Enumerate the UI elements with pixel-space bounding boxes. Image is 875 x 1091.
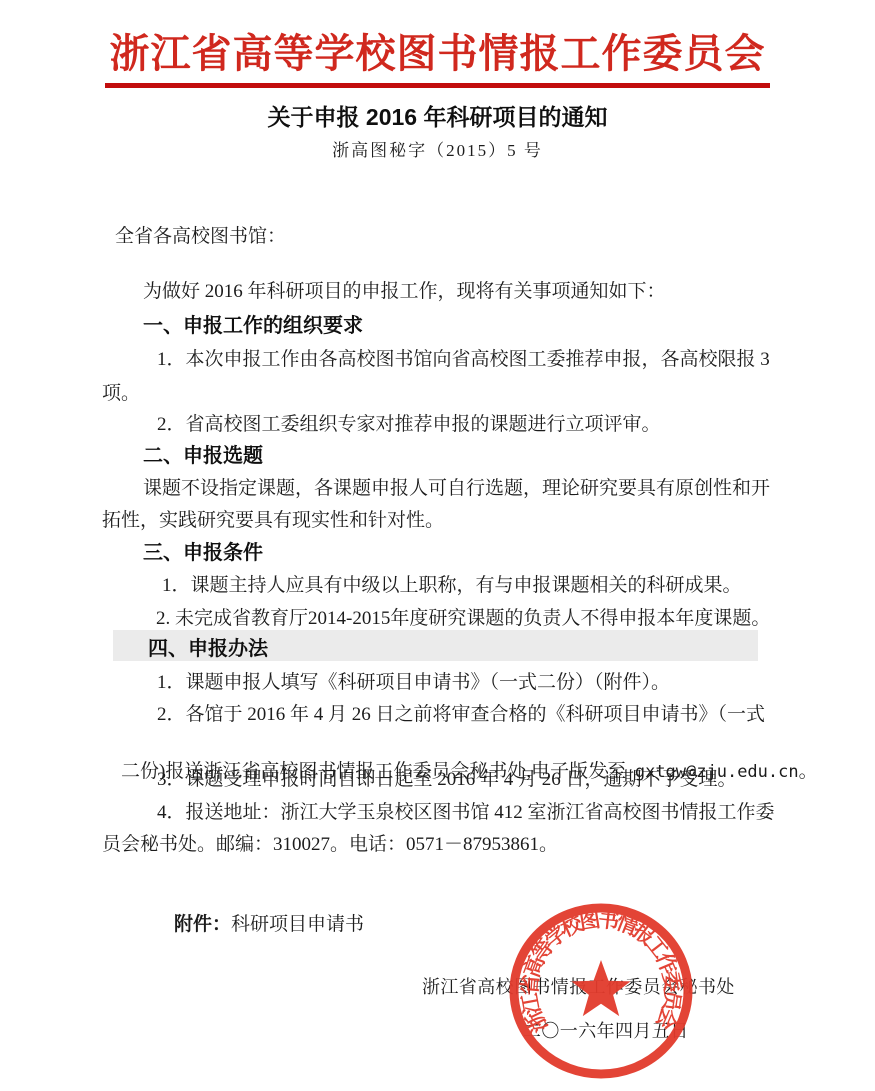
section2-para-line2: 拓性，实践研究要具有现实性和针对性。 [102,509,444,533]
item2-line2-period: 。 [799,761,818,782]
section1-item1-line1: 1．本次申报工作由各高校图书馆向省高校图工委推荐申报，各高校限报 3 [157,348,770,372]
section-heading-1: 一、申报工作的组织要求 [143,314,363,339]
signature-line: 浙江省高校图书情报工作委员会秘书处 [422,976,735,999]
section-heading-3: 三、申报条件 [143,541,263,566]
document-number: 浙高图秘字（2015）5 号 [0,136,875,161]
section4-item3: 3．课题受理申报时间自即日起至 2016 年 4 月 26 日，逾期不予受理。 [157,768,737,792]
document-title: 关于申报 2016 年科研项目的通知 [0,99,875,132]
section4-item1: 1．课题申报人填写《科研项目申请书》（一式二份）（附件）。 [157,671,670,695]
section4-item4-line2: 员会秘书处。邮编：310027。电话：0571－87953861。 [102,833,558,857]
attachment-text: 科研项目申请书 [231,914,364,935]
section-heading-2: 二、申报选题 [143,444,263,469]
date-line: 二〇一六年四月五日 [523,1020,689,1043]
section1-item1-line2: 项。 [102,382,140,406]
section4-item4-line1: 4．报送地址：浙江大学玉泉校区图书馆 412 室浙江省高校图书情报工作委 [157,801,775,825]
intro-paragraph: 为做好 2016 年科研项目的申报工作，现将有关事项通知如下： [143,280,666,304]
section-heading-4: 四、申报办法 [148,637,268,662]
seal-ring-text: 浙江省高等学校图书情报工作委员会 [517,907,684,1036]
section3-item1: 1．课题主持人应具有中级以上职称，有与申报课题相关的科研成果。 [162,574,742,598]
attachment-label: 附件： [174,914,231,935]
attachment-line: 附件：科研项目申请书 [155,889,364,960]
section4-item2-line1: 2．各馆于 2016 年 4 月 26 日之前将审查合格的《科研项目申请书》（一… [157,703,765,727]
section1-item2: 2．省高校图工委组织专家对推荐申报的课题进行立项评审。 [157,413,661,437]
salutation: 全省各高校图书馆： [115,225,286,249]
svg-text:浙江省高等学校图书情报工作委员会: 浙江省高等学校图书情报工作委员会 [517,907,684,1036]
letterhead-rule [105,83,770,88]
section2-para-line1: 课题不设指定课题，各课题申报人可自行选题，理论研究要具有原创性和开 [143,477,770,501]
organization-title: 浙江省高等学校图书情报工作委员会 [0,22,875,79]
section3-item2: 2. 未完成省教育厅2014-2015年度研究课题的负责人不得申报本年度课题。 [156,607,770,631]
document-page: 浙江省高等学校图书情报工作委员会 关于申报 2016 年科研项目的通知 浙高图秘… [0,0,875,1091]
